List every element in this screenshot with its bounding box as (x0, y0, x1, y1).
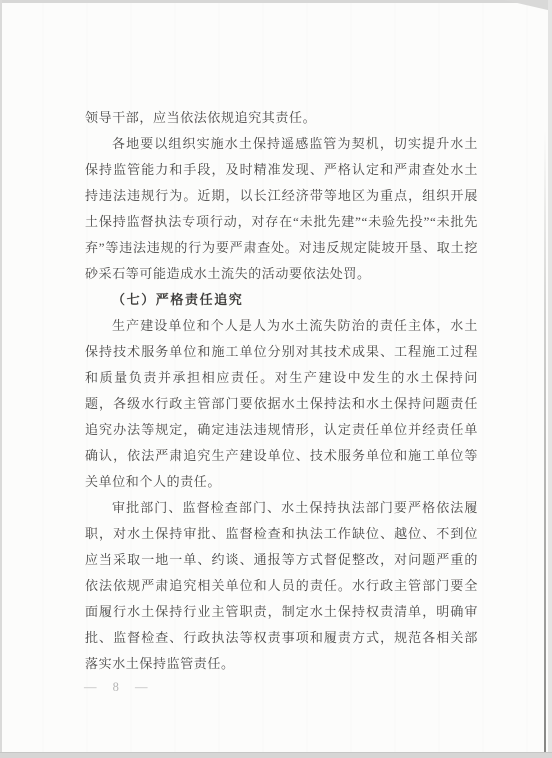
text-line: 应当采取一地一单、约谈、通报等方式督促整改，对问题严重的要 (85, 547, 478, 573)
text-line: 审批部门、监督检查部门、水土保持执法部门要严格依法履 (85, 495, 478, 521)
text-line: 关单位和个人的责任。 (85, 469, 478, 495)
text-line: 持违法违规行为。近期，以长江经济带等地区为重点，组织开展水 (85, 183, 478, 209)
scan-fold-line (544, 130, 546, 753)
page-number: — 8 — (84, 677, 150, 697)
scan-edge-bottom (0, 752, 552, 758)
text-line: 土保持监督执法专项行动，对存在“未批先建”“未验先投”“未批先 (85, 209, 478, 235)
text-line: 批、监督检查、行政执法等权责事项和履责方式，规范各相关部门 (85, 625, 478, 651)
document-text: 领导干部，应当依法依规追究其责任。 各地要以组织实施水土保持遥感监管为契机，切实… (85, 105, 478, 677)
text-line: 追究办法等规定，确定违法违规情形，认定责任单位并经责任单位 (85, 417, 478, 443)
text-line: 面履行水土保持行业主管职责，制定水土保持权责清单，明确审 (85, 599, 478, 625)
section-heading: （七）严格责任追究 (85, 287, 478, 313)
text-line: 职，对水土保持审批、监督检查和执法工作缺位、越位、不到位的， (85, 521, 478, 547)
text-line: 砂采石等可能造成水土流失的活动要依法处罚。 (85, 261, 478, 287)
text-line: 保持监管能力和手段，及时精准发现、严格认定和严肃查处水土保 (85, 157, 478, 183)
scan-edge-right (548, 0, 552, 758)
scan-edge-left (0, 0, 2, 758)
text-line: 各地要以组织实施水土保持遥感监管为契机，切实提升水土 (85, 131, 478, 157)
text-line: 生产建设单位和个人是人为水土流失防治的责任主体，水土 (85, 313, 478, 339)
scan-corner-wedge (504, 0, 552, 11)
text-line: 确认，依法严肃追究生产建设单位、技术服务单位和施工单位等相 (85, 443, 478, 469)
text-line: 弃”等违法违规的行为要严肃查处。对违反规定陡坡开垦、取土挖 (85, 235, 478, 261)
text-line: 落实水土保持监管责任。 (85, 651, 478, 677)
text-line: 题，各级水行政主管部门要依据水土保持法和水土保持问题责任 (85, 391, 478, 417)
text-line: 领导干部，应当依法依规追究其责任。 (85, 105, 478, 131)
scan-edge-top (0, 0, 552, 3)
text-line: 和质量负责并承担相应责任。对生产建设中发生的水土保持问 (85, 365, 478, 391)
text-line: 保持技术服务单位和施工单位分别对其技术成果、工程施工过程 (85, 339, 478, 365)
text-line: 依法依规严肃追究相关单位和人员的责任。水行政主管部门要全 (85, 573, 478, 599)
